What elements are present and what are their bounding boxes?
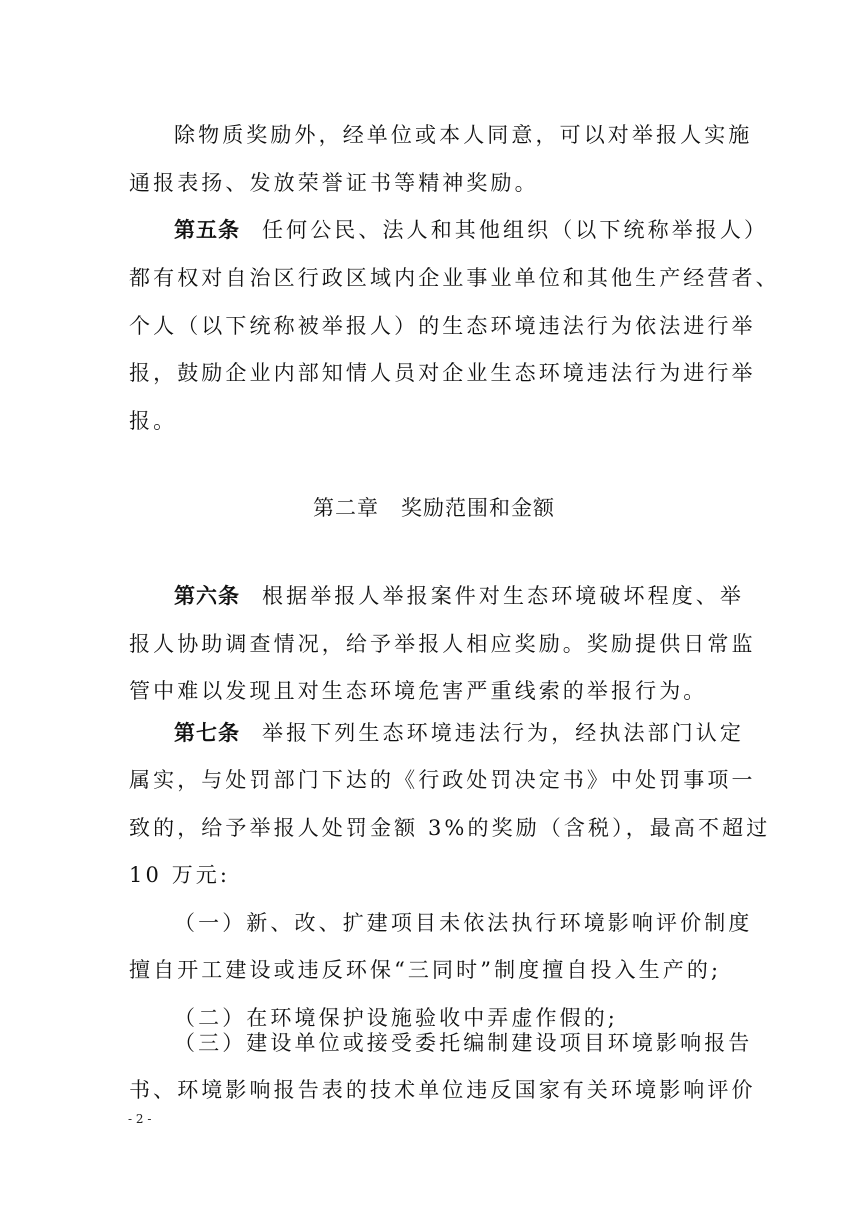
paragraph-line: 报。 bbox=[129, 407, 743, 435]
paragraph-line: 除物质奖励外，经单位或本人同意，可以对举报人实施 bbox=[174, 121, 744, 149]
paragraph-line: 都有权对自治区行政区域内企业事业单位和其他生产经营者、 bbox=[129, 264, 743, 292]
paragraph-line: 报，鼓励企业内部知情人员对企业生态环境违法行为进行举 bbox=[129, 359, 743, 387]
paragraph-line: 属实，与处罚部门下达的《行政处罚决定书》中处罚事项一 bbox=[129, 766, 743, 794]
article-7-text: 举报下列生态环境违法行为，经执法部门认定 bbox=[262, 721, 744, 745]
paragraph-line: 报人协助调查情况，给予举报人相应奖励。奖励提供日常监 bbox=[129, 630, 743, 658]
article-5-first-line: 第五条任何公民、法人和其他组织（以下统称举报人） bbox=[174, 216, 744, 244]
page-number: - 2 - bbox=[128, 1112, 151, 1126]
list-item-1-line: （一）新、改、扩建项目未依法执行环境影响评价制度 bbox=[174, 909, 744, 937]
article-7-first-line: 第七条举报下列生态环境违法行为，经执法部门认定 bbox=[174, 719, 744, 747]
list-item-1-line: 擅自开工建设或违反环保“三同时”制度擅自投入生产的; bbox=[129, 956, 743, 984]
paragraph-line: 个人（以下统称被举报人）的生态环境违法行为依法进行举 bbox=[129, 312, 743, 340]
article-7-label: 第七条 bbox=[174, 721, 240, 745]
article-6-text: 根据举报人举报案件对生态环境破坏程度、举 bbox=[262, 584, 744, 608]
paragraph-line: 通报表扬、发放荣誉证书等精神奖励。 bbox=[129, 169, 743, 197]
article-5-label: 第五条 bbox=[174, 218, 240, 242]
paragraph-line: 致的，给予举报人处罚金额 3%的奖励（含税），最高不超过 bbox=[129, 814, 743, 842]
paragraph-line: 管中难以发现且对生态环境危害严重线索的举报行为。 bbox=[129, 677, 743, 705]
article-6-label: 第六条 bbox=[174, 584, 240, 608]
list-item-3-line: 书、环境影响报告表的技术单位违反国家有关环境影响评价 bbox=[129, 1076, 743, 1104]
article-6-first-line: 第六条根据举报人举报案件对生态环境破坏程度、举 bbox=[174, 582, 744, 610]
chapter-heading: 第二章 奖励范围和金额 bbox=[0, 494, 868, 522]
document-page: 除物质奖励外，经单位或本人同意，可以对举报人实施 通报表扬、发放荣誉证书等精神奖… bbox=[0, 0, 868, 1227]
paragraph-line: 10 万元: bbox=[129, 861, 743, 889]
list-item-2-line: （二）在环境保护设施验收中弄虚作假的; bbox=[174, 1004, 744, 1032]
article-5-text: 任何公民、法人和其他组织（以下统称举报人） bbox=[262, 218, 768, 242]
list-item-3-line: （三）建设单位或接受委托编制建设项目环境影响报告 bbox=[174, 1029, 744, 1057]
